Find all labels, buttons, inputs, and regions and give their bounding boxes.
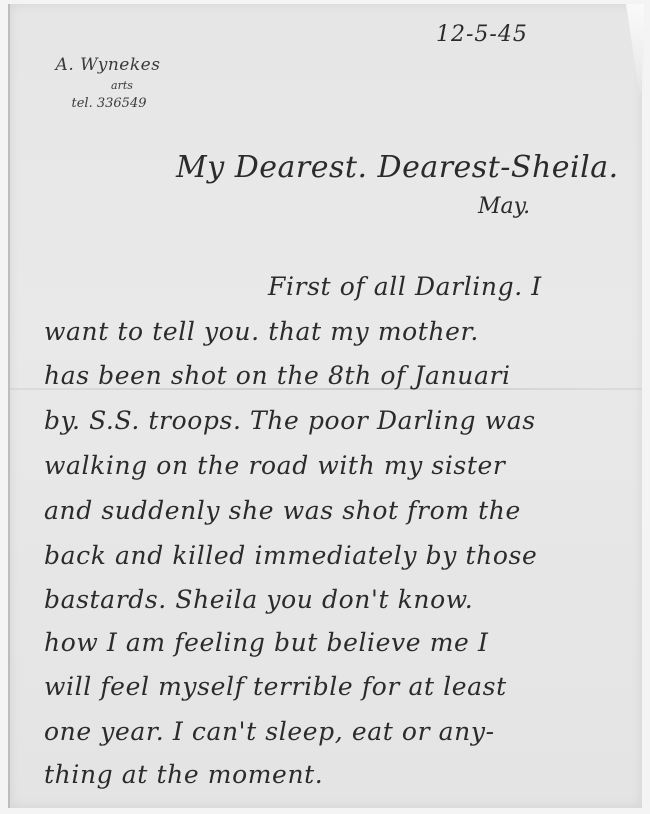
salutation-continuation: May. <box>478 194 530 219</box>
body-line: First of all Darling. I <box>268 272 542 301</box>
body-line: by. S.S. troops. The poor Darling was <box>44 406 536 435</box>
letterhead-name: A. Wynekes <box>52 55 164 75</box>
body-line: has been shot on the 8th of Januari <box>44 361 511 390</box>
body-line: how I am feeling but believe me I <box>44 628 488 657</box>
body-line: want to tell you. that my mother. <box>44 317 479 346</box>
body-line: bastards. Sheila you don't know. <box>44 585 473 614</box>
letterhead-phone: tel. 336549 <box>54 96 164 111</box>
body-line: one year. I can't sleep, eat or any- <box>44 717 495 746</box>
letterhead: A. Wynekes arts tel. 336549 <box>44 55 164 111</box>
body-line: thing at the moment. <box>44 760 323 789</box>
paper-corner-curl <box>614 4 644 94</box>
body-line: walking on the road with my sister <box>44 451 505 480</box>
body-line: back and killed immediately by those <box>44 541 537 570</box>
salutation: My Dearest. Dearest-Sheila. <box>176 150 619 185</box>
letter-date: 12-5-45 <box>436 22 528 47</box>
body-line: and suddenly she was shot from the <box>44 496 521 525</box>
body-line: will feel myself terrible for at least <box>44 672 507 701</box>
letterhead-profession: arts <box>80 79 164 92</box>
